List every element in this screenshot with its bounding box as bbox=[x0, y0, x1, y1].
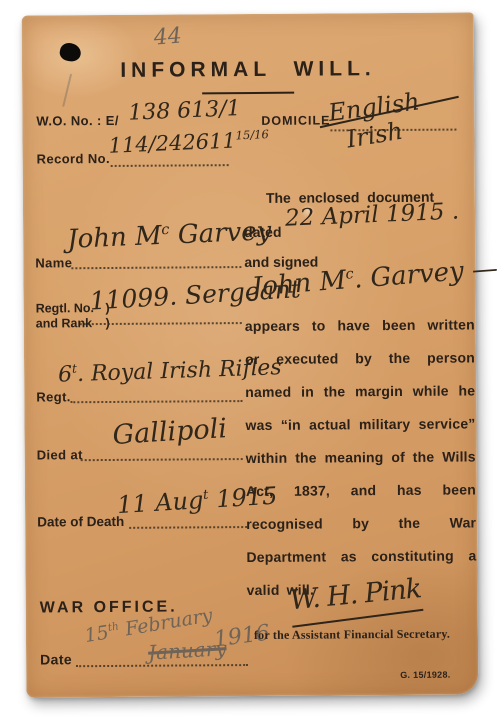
regiment-label: Regt. bbox=[36, 389, 71, 404]
wo-number-value: 138 613/1 bbox=[128, 96, 241, 126]
record-number-label: Record No. bbox=[37, 151, 110, 167]
regiment-dotted-line bbox=[70, 400, 242, 403]
dated-label: dated bbox=[244, 224, 281, 240]
form-title: INFORMAL WILL. bbox=[22, 56, 474, 83]
date-dotted-line bbox=[76, 664, 248, 667]
form-code: G. 15/1928. bbox=[400, 670, 450, 680]
died-at-value: Gallipoli bbox=[112, 413, 228, 451]
date-label: Date bbox=[40, 651, 72, 667]
signed-name-post: . Garvey — bbox=[353, 254, 499, 295]
dod-value-pre: 11 Aug bbox=[116, 486, 204, 519]
page-background: { "form": { "pencil_number": "44", "titl… bbox=[0, 0, 500, 727]
pencil-file-number: 44 bbox=[153, 24, 183, 51]
regiment-number: 6 bbox=[58, 362, 73, 387]
name-value-pre: John M bbox=[67, 221, 163, 255]
date-of-death-label: Date of Death bbox=[37, 514, 124, 530]
regtl-dotted-line bbox=[80, 322, 242, 325]
date-of-death-dotted-line bbox=[129, 526, 247, 529]
will-form-paper: 44 INFORMAL WILL. W.O. No. : E/ 138 613/… bbox=[22, 12, 479, 697]
signature-caption: for the Assistant Financial Secretary. bbox=[254, 627, 450, 643]
regtl-label-line1: Regtl. No. bbox=[36, 301, 94, 316]
died-at-dotted-line bbox=[81, 458, 243, 461]
died-at-label: Died at bbox=[37, 447, 83, 462]
record-number-main: 114/242611 bbox=[108, 128, 236, 157]
record-number-suffix: 15/16 bbox=[235, 127, 269, 142]
name-dotted-line bbox=[71, 266, 241, 269]
name-label: Name bbox=[35, 255, 72, 270]
record-number-value: 114/24261115/16 bbox=[108, 127, 269, 158]
name-value: John Mc Garvey bbox=[67, 216, 272, 255]
record-number-dotted-line bbox=[111, 164, 229, 167]
wo-number-label: W.O. No. : E/ bbox=[36, 113, 119, 129]
title-divider bbox=[202, 92, 294, 95]
statement-body: appears to have been written or executed… bbox=[245, 308, 477, 607]
signed-name-pre: John M bbox=[251, 265, 347, 302]
